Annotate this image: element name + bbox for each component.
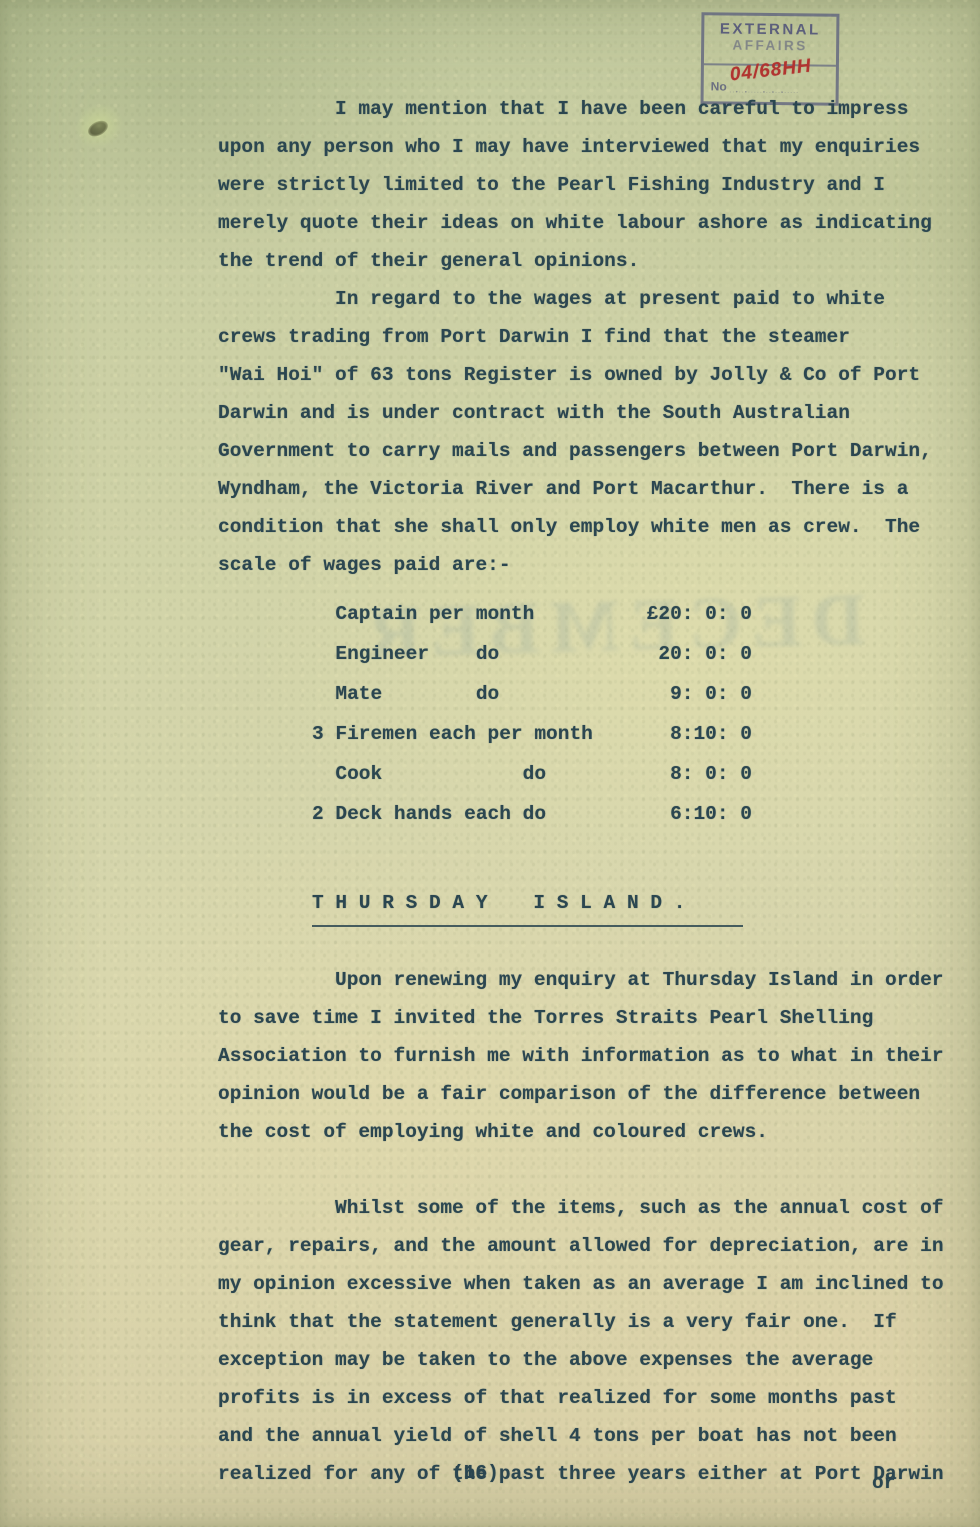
stamp-text-affairs: AFFAIRS	[704, 37, 836, 53]
text-line: Wyndham, the Victoria River and Port Mac…	[218, 470, 970, 508]
wage-role-label: 3 Firemen each per month	[312, 714, 593, 754]
wage-role-label: Captain per month	[312, 594, 534, 634]
wage-table-row: 2 Deck hands each do6:10: 0	[312, 794, 752, 834]
document-page: DECEMBER EXTERNAL AFFAIRS No 04/68HH ··•…	[0, 0, 980, 1527]
section-heading-thursday-island: THURSDAY ISLAND.	[312, 886, 743, 927]
text-line: In regard to the wages at present paid t…	[218, 280, 970, 318]
wage-role-label: Engineer do	[312, 634, 499, 674]
text-line: realized for any of the past three years…	[218, 1455, 970, 1493]
text-line: think that the statement generally is a …	[218, 1303, 970, 1341]
ink-blot-mark	[72, 100, 126, 152]
section-heading-wrap: THURSDAY ISLAND.	[312, 884, 970, 927]
typed-body: I may mention that I have been careful t…	[218, 90, 970, 1493]
text-line: Government to carry mails and passengers…	[218, 432, 970, 470]
catchword-or: or	[872, 1472, 895, 1494]
wage-table-row: Mate do9: 0: 0	[312, 674, 752, 714]
wage-table-row: Captain per month£20: 0: 0	[312, 594, 752, 634]
text-line: crews trading from Port Darwin I find th…	[218, 318, 970, 356]
text-line: exception may be taken to the above expe…	[218, 1341, 970, 1379]
wage-table-row: 3 Firemen each per month8:10: 0	[312, 714, 752, 754]
paragraph-4: Whilst some of the items, such as the an…	[218, 1189, 970, 1493]
text-line: "Wai Hoi" of 63 tons Register is owned b…	[218, 356, 970, 394]
wage-table: Captain per month£20: 0: 0 Engineer do20…	[312, 594, 752, 834]
wage-amount: 9: 0: 0	[634, 674, 752, 714]
stamp-file-number: 04/68HH	[729, 56, 813, 87]
paragraph-3: Upon renewing my enquiry at Thursday Isl…	[218, 961, 970, 1189]
wage-amount: 20: 0: 0	[634, 634, 752, 674]
text-line: Darwin and is under contract with the So…	[218, 394, 970, 432]
wage-amount: 8: 0: 0	[634, 754, 752, 794]
page-number: (16)	[452, 1462, 499, 1484]
text-line: I may mention that I have been careful t…	[218, 90, 970, 128]
wage-role-label: Cook do	[312, 754, 546, 794]
text-line: my opinion excessive when taken as an av…	[218, 1265, 970, 1303]
text-line: Upon renewing my enquiry at Thursday Isl…	[218, 961, 970, 999]
text-line: Whilst some of the items, such as the an…	[218, 1189, 970, 1227]
text-line: upon any person who I may have interview…	[218, 128, 970, 166]
text-line: scale of wages paid are:-	[218, 546, 970, 584]
text-line: Association to furnish me with informati…	[218, 1037, 970, 1075]
wage-table-row: Engineer do20: 0: 0	[312, 634, 752, 674]
text-line: profits is in excess of that realized fo…	[218, 1379, 970, 1417]
text-line	[218, 1151, 970, 1189]
paragraph-2: In regard to the wages at present paid t…	[218, 280, 970, 584]
text-line: to save time I invited the Torres Strait…	[218, 999, 970, 1037]
wage-table-row: Cook do8: 0: 0	[312, 754, 752, 794]
text-line: were strictly limited to the Pearl Fishi…	[218, 166, 970, 204]
stamp-text-external: EXTERNAL	[704, 20, 836, 38]
wage-amount: £20: 0: 0	[634, 594, 752, 634]
text-line: gear, repairs, and the amount allowed fo…	[218, 1227, 970, 1265]
wage-amount: 6:10: 0	[634, 794, 752, 834]
wage-role-label: Mate do	[312, 674, 499, 714]
text-line: merely quote their ideas on white labour…	[218, 204, 970, 242]
text-line: opinion would be a fair comparison of th…	[218, 1075, 970, 1113]
text-line: and the annual yield of shell 4 tons per…	[218, 1417, 970, 1455]
wage-amount: 8:10: 0	[634, 714, 752, 754]
wage-role-label: 2 Deck hands each do	[312, 794, 546, 834]
text-line: the cost of employing white and coloured…	[218, 1113, 970, 1151]
text-line: the trend of their general opinions.	[218, 242, 970, 280]
paragraph-1: I may mention that I have been careful t…	[218, 90, 970, 280]
text-line: condition that she shall only employ whi…	[218, 508, 970, 546]
